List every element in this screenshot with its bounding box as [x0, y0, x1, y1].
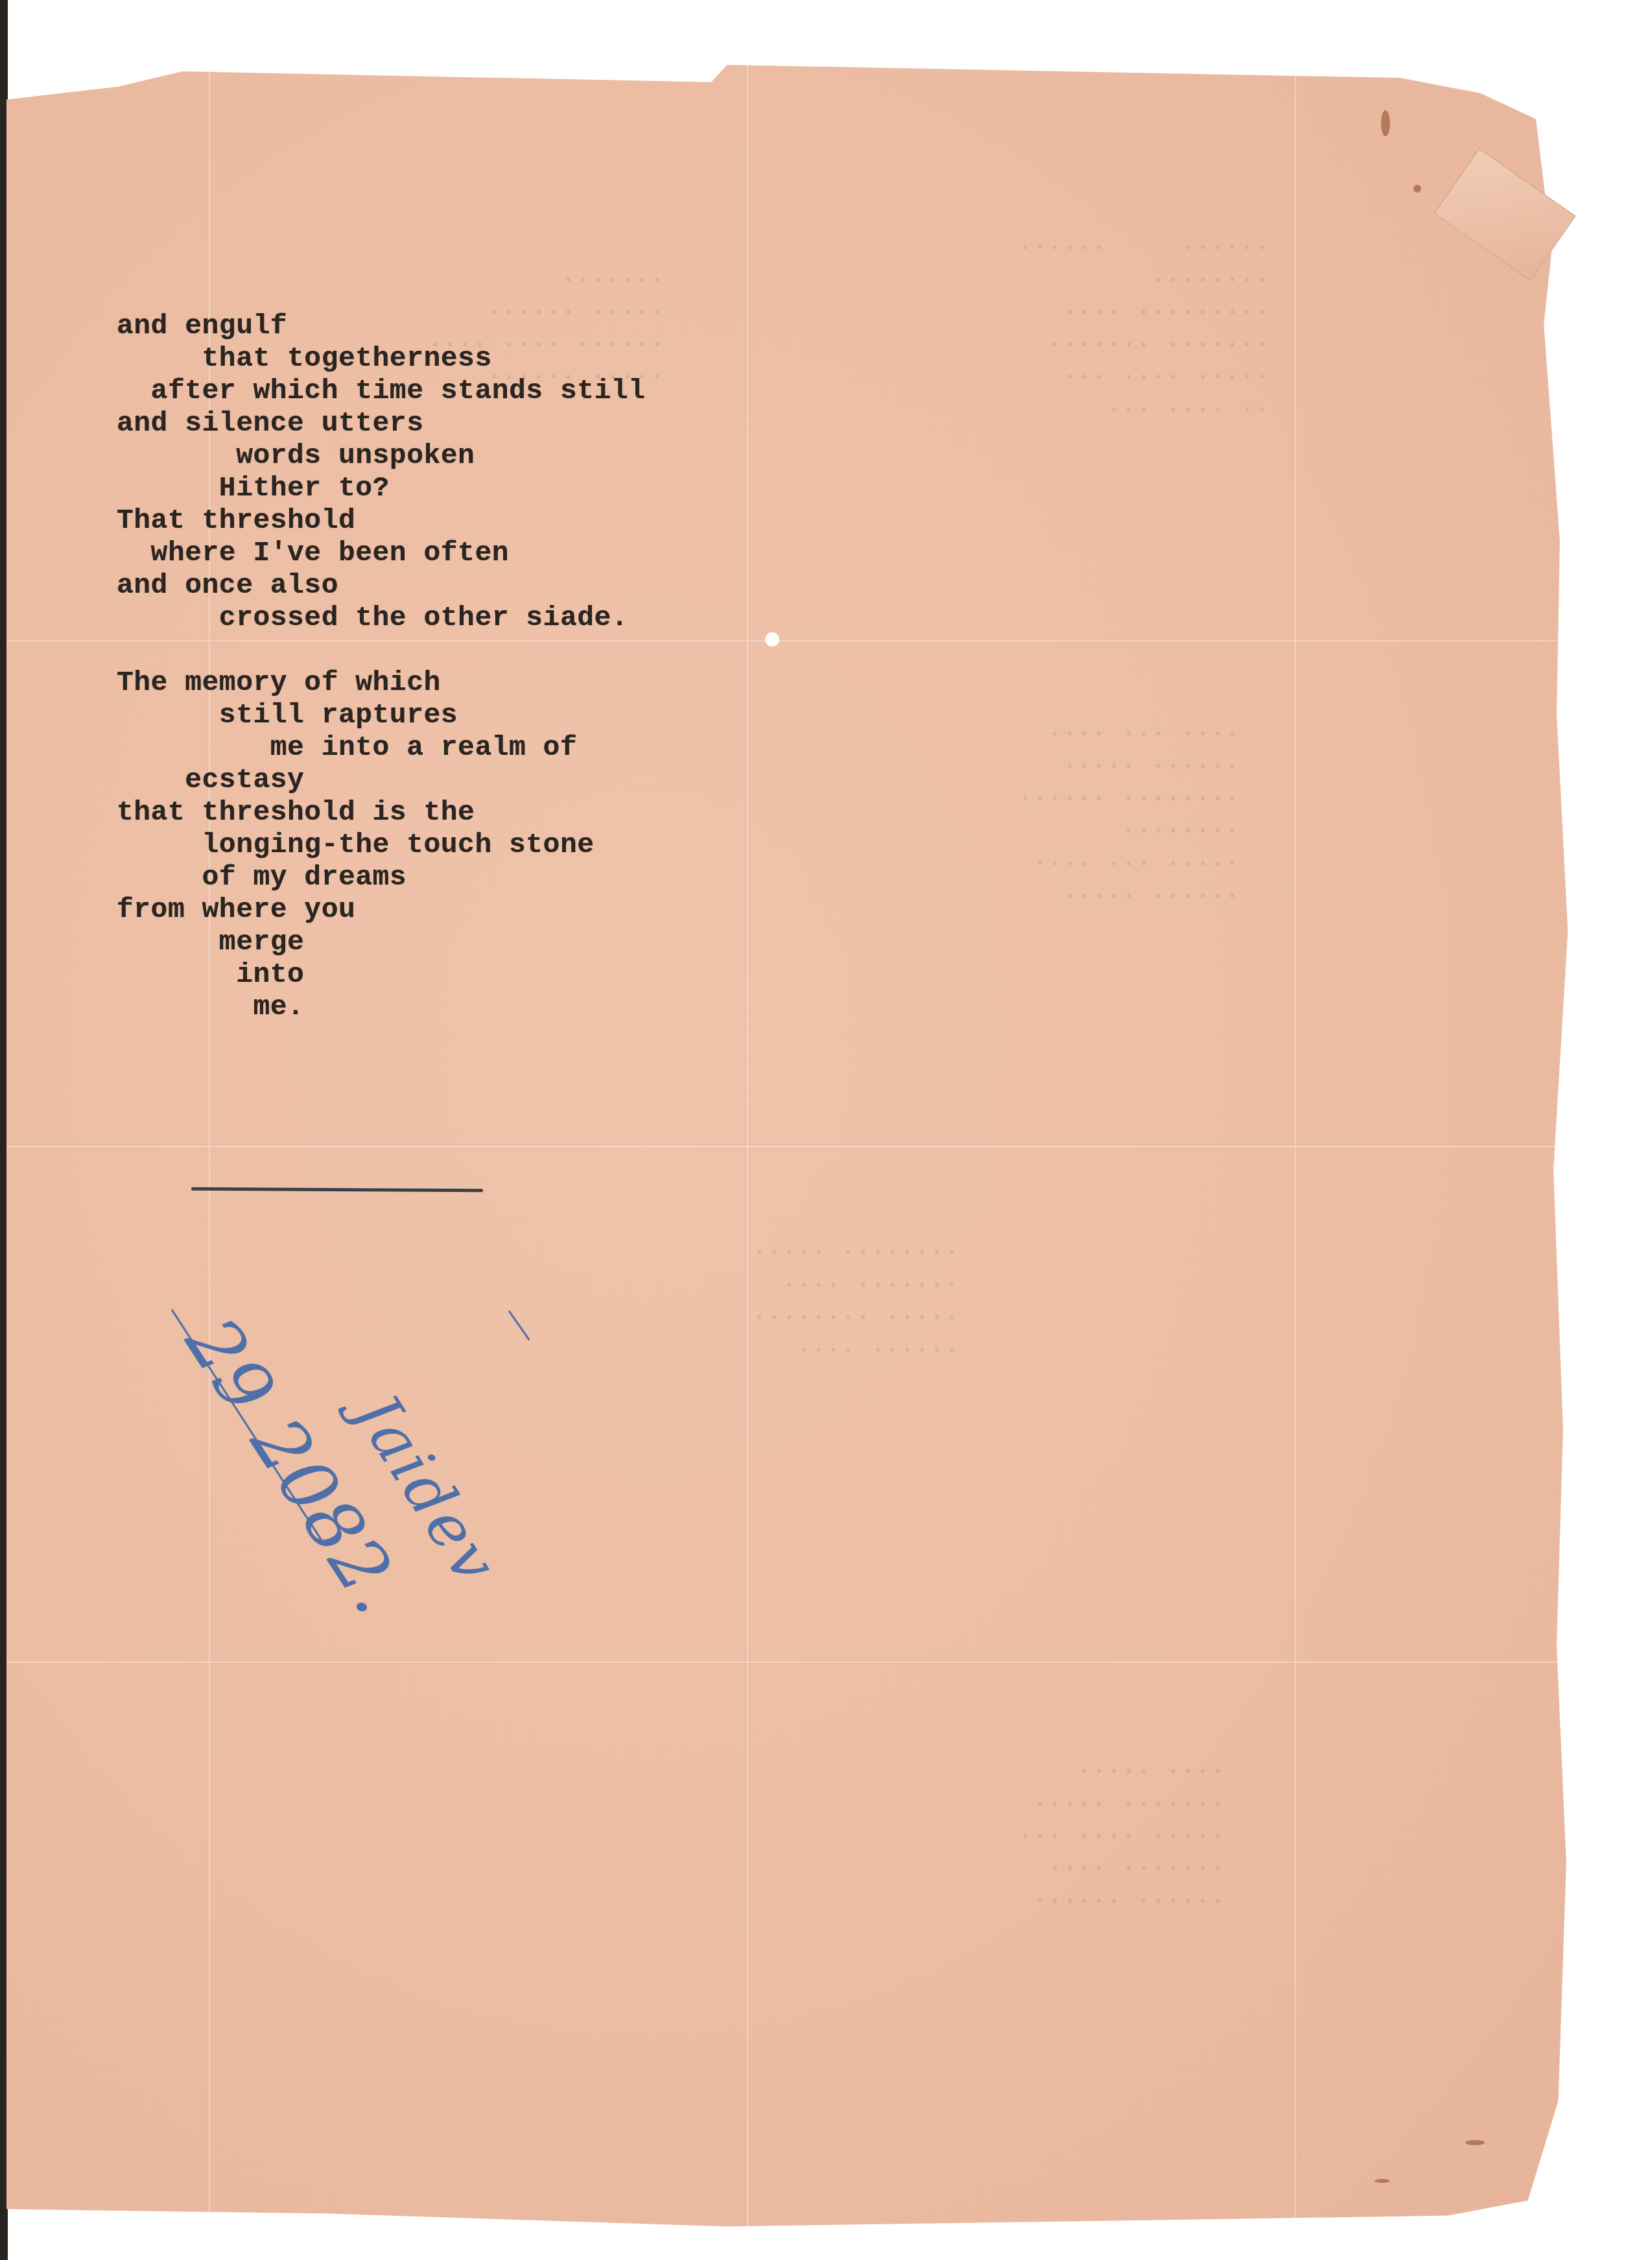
stain-mark	[1465, 2140, 1485, 2145]
poem-line: ecstasy	[117, 764, 645, 796]
poem-line: still raptures	[117, 699, 645, 732]
poem-line: that togetherness	[117, 342, 645, 375]
hole-in-paper	[765, 632, 779, 647]
poem-line: and once also	[117, 569, 645, 602]
poem-line: me into a realm of	[117, 732, 645, 764]
poem-line: crossed the other siade.	[117, 602, 645, 634]
bleed-through-text: ...... ...... ........ ......... .... ..…	[1018, 227, 1269, 422]
poem-line: longing-the touch stone	[117, 829, 645, 861]
stain-mark	[1381, 110, 1390, 136]
poem-line: me.	[117, 991, 645, 1023]
poem-line: Hither to?	[117, 472, 645, 505]
poem-line: where I've been often	[117, 537, 645, 569]
stain-mark	[1375, 2179, 1390, 2183]
stain-mark	[1413, 185, 1421, 193]
poem-line: after which time stands still	[117, 375, 645, 407]
poem-line: and engulf	[117, 310, 645, 342]
poem-line: and silence utters	[117, 407, 645, 440]
fold-crease-horizontal	[6, 1145, 1608, 1148]
bleed-through-text: .... ... .... ...... ..... ........ ....…	[1018, 713, 1240, 908]
poem-line: That threshold	[117, 505, 645, 537]
poem-line: The memory of which	[117, 667, 645, 699]
typed-poem: and engulf that togetherness after which…	[117, 310, 645, 1023]
poem-line: merge	[117, 926, 645, 958]
poem-line: words unspoken	[117, 440, 645, 472]
poem-line: from where you	[117, 894, 645, 926]
poem-line: that threshold is the	[117, 796, 645, 829]
bleed-through-text: ........ ..... ....... .... ..... ......…	[752, 1232, 959, 1362]
stanza-gap	[117, 634, 645, 667]
bleed-through-text: .... ..... ....... ..... ..... .... ... …	[1018, 1751, 1225, 1913]
poem-line: of my dreams	[117, 861, 645, 894]
poem-line: into	[117, 958, 645, 991]
fold-crease-horizontal	[6, 1660, 1608, 1664]
